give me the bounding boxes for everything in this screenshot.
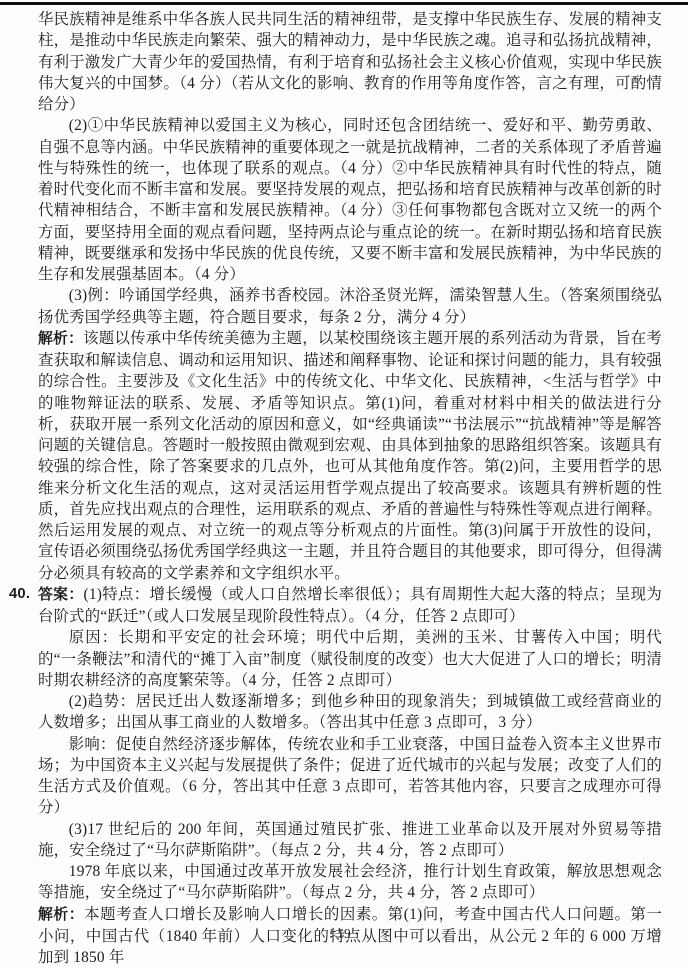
paragraph-answer40-trend: (2)趋势：居民迁出人数逐渐增多；到他乡种田的现象消失；到城镇做工或经营商业的人…	[38, 691, 662, 734]
paragraph-answer40-part1: 40.答案：(1)特点：增长缓慢（或人口自然增长率很低）；具有周期性大起大落的特…	[38, 584, 662, 628]
paragraph-analysis-39: 解析：该题以传承中华传统美德为主题，以某校围绕该主题开展的系列活动为背景，旨在考…	[38, 328, 662, 584]
paragraph-answer39-part2: (2)①中华民族精神以爱国主义为核心，同时还包含团结统一、爱好和平、勤劳勇敢、自…	[38, 115, 662, 285]
question-40-number: 40.	[9, 584, 30, 605]
analysis-label-40: 解析：	[38, 907, 84, 923]
paragraph-answer40-reason: 原因：长期和平安定的社会环境；明代中后期，美洲的玉米、甘薯传入中国；明代的“一条…	[38, 627, 662, 691]
paragraph-answer40-part3-britain: (3)17 世纪后的 200 年间，英国通过殖民扩张、推进工业革命以及开展对外贸…	[38, 819, 662, 862]
answer-40-part1-text: (1)特点：增长缓慢（或人口自然增长率很低）；具有周期性大起大落的特点；呈现为台…	[38, 586, 662, 625]
paragraph-answer39-continuation: 华民族精神是维系中华各族人民共同生活的精神纽带，是支撑中华民族生存、发展的精神支…	[38, 9, 662, 115]
document-body: 华民族精神是维系中华各族人民共同生活的精神纽带，是支撑中华民族生存、发展的精神支…	[38, 9, 662, 968]
paragraph-answer40-impact: 影响：促使自然经济逐步解体，传统农业和手工业衰落，中国日益卷入资本主义世界市场；…	[38, 734, 662, 819]
scanned-answer-page: 华民族精神是维系中华各族人民共同生活的精神纽带，是支撑中华民族生存、发展的精神支…	[0, 0, 688, 968]
paragraph-answer39-part3: (3)例：吟诵国学经典，涵养书香校园。沐浴圣贤光辉，濡染智慧人生。（答案须围绕弘…	[38, 285, 662, 328]
page-number: · 19 ·	[0, 926, 688, 942]
top-border-line	[0, 2, 688, 5]
answer-label-40: 答案：	[38, 587, 84, 603]
paragraph-answer40-part3-china: 1978 年底以来，中国通过改革开放发展社会经济，推行计划生育政策，解放思想观念…	[38, 861, 662, 904]
analysis-39-text: 该题以传承中华传统美德为主题，以某校围绕该主题开展的系列活动为背景，旨在考查获取…	[38, 330, 662, 582]
analysis-label-39: 解析：	[38, 331, 83, 347]
